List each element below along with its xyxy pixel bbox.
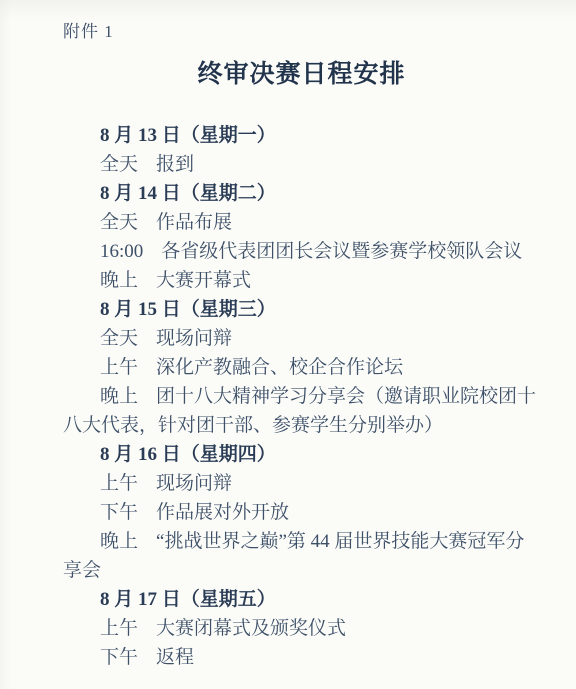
entry-activity: 大赛闭幕式及颁奖仪式 — [156, 618, 346, 639]
schedule-entry: 晚上“挑战世界之巅”第 44 届世界技能大赛冠军分享会 — [63, 527, 540, 585]
entry-time: 下午 — [100, 647, 138, 668]
entry-activity: 大赛开幕式 — [156, 270, 251, 291]
schedule-entry: 全天现场问辩 — [63, 324, 540, 353]
schedule-day: 8 月 17 日（星期五）上午大赛闭幕式及颁奖仪式下午返程 — [63, 585, 540, 672]
entry-activity: 作品展对外开放 — [156, 502, 289, 523]
schedule-entry: 上午深化产教融合、校企合作论坛 — [63, 353, 540, 382]
schedule-entry: 上午大赛闭幕式及颁奖仪式 — [63, 614, 540, 643]
document-page: 附件 1 终审决赛日程安排 8 月 13 日（星期一）全天报到8 月 14 日（… — [0, 0, 576, 689]
schedule-entry: 上午现场问辩 — [63, 469, 540, 498]
entry-activity: 报到 — [156, 154, 194, 175]
schedule-entry: 下午返程 — [63, 643, 540, 672]
schedule-date: 8 月 17 日（星期五） — [63, 585, 540, 614]
schedule-date: 8 月 16 日（星期四） — [63, 440, 540, 469]
schedule-date: 8 月 14 日（星期二） — [63, 179, 540, 208]
entry-time: 全天 — [100, 154, 138, 175]
schedule-entry: 全天报到 — [63, 150, 540, 179]
page-title: 终审决赛日程安排 — [63, 58, 540, 92]
entry-time: 全天 — [100, 328, 138, 349]
entry-time: 16:00 — [100, 241, 143, 262]
entry-activity: 作品布展 — [156, 212, 232, 233]
entry-activity: 各省级代表团团长会议暨参赛学校领队会议 — [161, 241, 522, 262]
entry-activity: 返程 — [156, 647, 194, 668]
schedule-day: 8 月 13 日（星期一）全天报到 — [63, 121, 540, 179]
schedule-date: 8 月 13 日（星期一） — [63, 121, 540, 150]
entry-activity: 现场问辩 — [156, 473, 232, 494]
schedule-entry: 全天作品布展 — [63, 208, 540, 237]
schedule-day: 8 月 14 日（星期二）全天作品布展16:00各省级代表团团长会议暨参赛学校领… — [63, 179, 540, 295]
entry-activity: 深化产教融合、校企合作论坛 — [156, 357, 403, 378]
entry-time: 晚上 — [100, 531, 138, 552]
entry-time: 下午 — [100, 502, 138, 523]
schedule-day: 8 月 15 日（星期三）全天现场问辩上午深化产教融合、校企合作论坛晚上团十八大… — [63, 295, 540, 440]
schedule-entry: 下午作品展对外开放 — [63, 498, 540, 527]
schedule-entry: 晚上大赛开幕式 — [63, 266, 540, 295]
entry-time: 上午 — [100, 357, 138, 378]
entry-time: 晚上 — [100, 386, 138, 407]
schedule-day: 8 月 16 日（星期四）上午现场问辩下午作品展对外开放晚上“挑战世界之巅”第 … — [63, 440, 540, 585]
entry-time: 晚上 — [100, 270, 138, 291]
schedule-date: 8 月 15 日（星期三） — [63, 295, 540, 324]
schedule: 8 月 13 日（星期一）全天报到8 月 14 日（星期二）全天作品布展16:0… — [63, 121, 540, 672]
entry-activity: 现场问辩 — [156, 328, 232, 349]
entry-time: 上午 — [100, 473, 138, 494]
schedule-entry: 晚上团十八大精神学习分享会（邀请职业院校团十八大代表，针对团干部、参赛学生分别举… — [63, 382, 540, 440]
entry-time: 全天 — [100, 212, 138, 233]
schedule-entry: 16:00各省级代表团团长会议暨参赛学校领队会议 — [63, 237, 540, 266]
entry-time: 上午 — [100, 618, 138, 639]
attachment-label: 附件 1 — [63, 20, 540, 44]
